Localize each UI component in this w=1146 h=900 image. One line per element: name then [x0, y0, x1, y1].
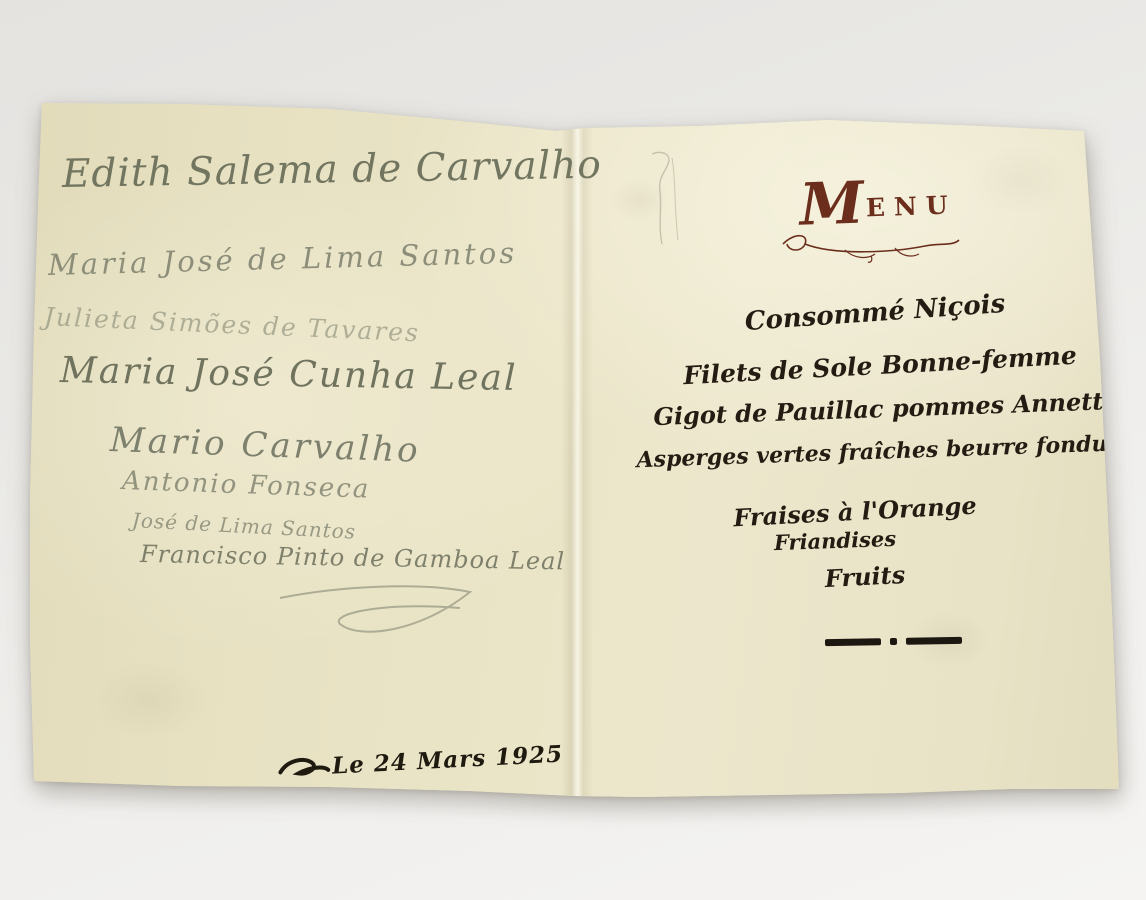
date-swash-ornament	[278, 753, 331, 782]
photo-background: Edith Salema de Carvalho Maria José de L…	[0, 0, 1146, 900]
divider-dot	[889, 638, 896, 645]
signature: Maria José de Lima Santos	[48, 236, 518, 282]
signature: Maria José Cunha Leal	[60, 350, 518, 399]
signatures-page: Edith Salema de Carvalho Maria José de L…	[30, 100, 575, 800]
date-inscription: Le 24 Mars 1925	[277, 741, 563, 783]
menu-item: Asperges vertes fraîches beurre fondu	[582, 429, 1146, 475]
menu-title-flourish-ornament	[580, 230, 1146, 268]
divider-bar	[824, 638, 880, 646]
menu-item: Consommé Niçois	[585, 278, 1146, 348]
menu-item: Gigot de Pauillac pommes Annette	[596, 384, 1146, 433]
menu-title-rest: ENU	[865, 190, 957, 222]
signature: Julieta Simões de Tavares	[43, 302, 420, 347]
menu-title-initial: M	[798, 168, 867, 238]
signature: José de Lima Santos	[131, 508, 356, 544]
date-text: Le 24 Mars 1925	[331, 741, 563, 780]
signature: Mario Carvalho	[109, 420, 421, 471]
menu-item: Filets de Sole Bonne-femme	[590, 336, 1146, 395]
menu-card-paper: Edith Salema de Carvalho Maria José de L…	[0, 0, 1146, 900]
menu-card: Edith Salema de Carvalho Maria José de L…	[0, 0, 1146, 900]
menu-divider	[603, 633, 1146, 650]
signature-flourish	[270, 568, 480, 638]
menu-page: MENU Consommé Niçois Filets de Sole Bonn…	[590, 130, 1146, 810]
signature: Edith Salema de Carvalho	[62, 143, 602, 197]
divider-bar	[905, 637, 961, 645]
signature: Antonio Fonseca	[121, 466, 370, 505]
